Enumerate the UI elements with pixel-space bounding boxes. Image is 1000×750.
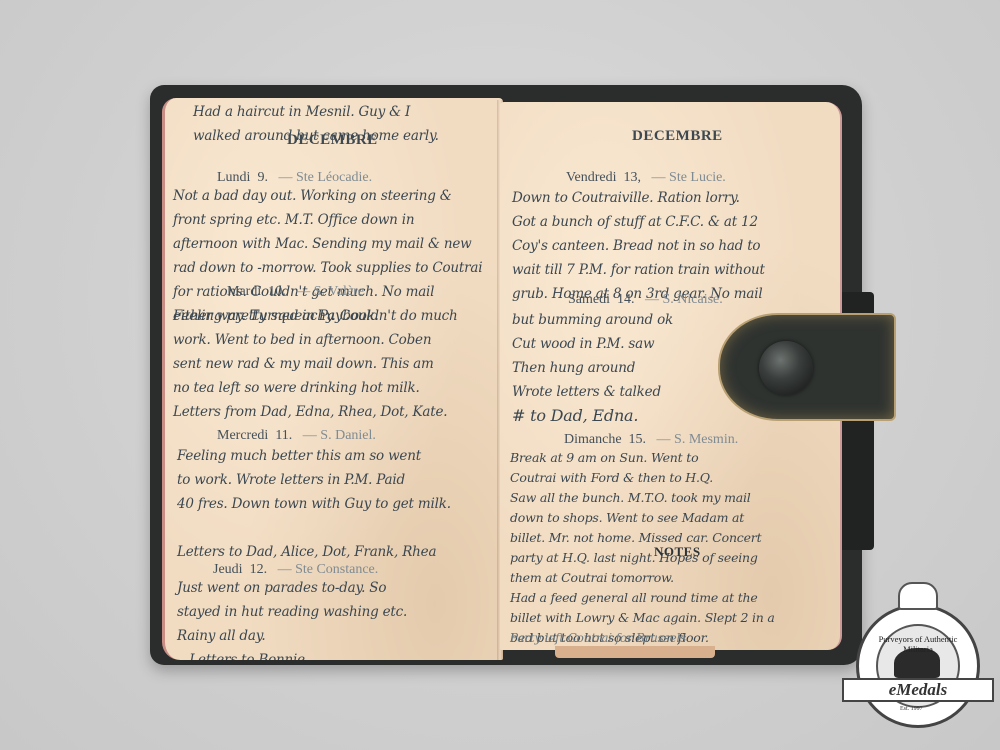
day-name: Lundi: [217, 170, 250, 185]
day-name: Mardi: [227, 284, 261, 299]
handwriting-line: no tea left so were drinking hot milk.: [173, 376, 493, 400]
day-name: Vendredi: [566, 170, 617, 185]
handwriting-line: 40 fres. Down town with Guy to get milk.: [177, 492, 497, 516]
saint-name: — Ste Léocadie.: [278, 170, 372, 185]
emedals-watermark: Purveyors of Authentic Militaria eMedals…: [848, 578, 988, 738]
day-heading: Vendredi 13, — Ste Lucie.: [566, 170, 726, 186]
handwriting-line: Down to Coutraiville. Ration lorry.: [512, 186, 832, 210]
handwriting-line: work. Went to bed in afternoon. Coben: [173, 328, 493, 352]
handwriting-line: Had a feed general all round time at the: [510, 588, 830, 608]
day-date: 10.: [268, 284, 286, 299]
handwriting-line: down to shops. Went to see Madam at: [510, 508, 830, 528]
snap-button-icon: [759, 341, 813, 395]
handwriting-line: afternoon with Mac. Sending my mail & ne…: [173, 232, 493, 256]
day-heading: Samedi 14. — S. Nicaise.: [568, 292, 723, 308]
handwriting-line: Rainy all day.: [177, 624, 497, 648]
handwriting-line: [177, 516, 497, 540]
saint-name: — S. Nicaise.: [645, 292, 723, 307]
handwriting-line: sent new rad & my mail down. This am: [173, 352, 493, 376]
saint-name: — S. Valère: [296, 284, 364, 299]
handwriting-line: Feeling much better this am so went: [177, 444, 497, 468]
day-name: Jeudi: [213, 562, 243, 577]
handwriting-line: billet with Lowry & Mac again. Slept 2 i…: [510, 608, 830, 628]
handwriting-line: Coutrai with Ford & then to H.Q.: [510, 468, 830, 488]
handwriting-line: wait till 7 P.M. for ration train withou…: [512, 258, 832, 282]
handwriting-line: Feeling pretty squeachy. Couldn't do muc…: [173, 304, 493, 328]
handwriting-line: to work. Wrote letters in P.M. Paid: [177, 468, 497, 492]
handwriting-line: stayed in hut reading washing etc.: [177, 600, 497, 624]
handwriting-line: Letters to Dad, Alice, Dot, Frank, Rhea: [177, 540, 497, 564]
day-heading: Mercredi 11. — S. Daniel.: [217, 428, 376, 444]
crown-icon: [898, 582, 938, 610]
handwriting-line: front spring etc. M.T. Office down in: [173, 208, 493, 232]
handwriting-line: Coy's canteen. Bread not in so had to: [512, 234, 832, 258]
handwriting-line: rad down to -morrow. Took supplies to Co…: [173, 256, 493, 280]
entry-text: Feeling pretty squeachy. Couldn't do muc…: [173, 304, 493, 424]
month-heading: DECEMBRE: [287, 132, 378, 149]
logo-ribbon: eMedals: [842, 678, 994, 702]
handwriting-line: Not a bad day out. Working on steering &: [173, 184, 493, 208]
handwriting-line: Letters to Bonnie .: [177, 648, 497, 660]
day-date: 11.: [275, 428, 292, 443]
handwriting-line: Saw all the bunch. M.T.O. took my mail: [510, 488, 830, 508]
notes-heading: NOTES: [654, 544, 701, 560]
handwriting-line: Letters from Dad, Edna, Rhea, Dot, Kate.: [173, 400, 493, 424]
day-date: 13,: [624, 170, 642, 185]
saint-name: — Ste Lucie.: [652, 170, 726, 185]
day-date: 14.: [617, 292, 635, 307]
logo-est: Est. 1997: [900, 706, 923, 712]
handwriting-line: Got a bunch of stuff at C.F.C. & at 12: [512, 210, 832, 234]
logo-tagline: Purveyors of Authentic Militaria: [868, 634, 968, 654]
saint-name: — Ste Constance.: [278, 562, 379, 577]
day-heading: Dimanche 15. — S. Mesmin.: [564, 432, 738, 448]
day-date: 9.: [257, 170, 268, 185]
logo-brand: eMedals: [889, 680, 948, 699]
day-heading: Mardi 10. — S. Valère: [227, 284, 364, 300]
handwriting-line: Break at 9 am on Sun. Went to: [510, 448, 830, 468]
day-name: Dimanche: [564, 432, 622, 447]
day-name: Mercredi: [217, 428, 268, 443]
left-page: Had a haircut in Mesnil. Guy & I walked …: [162, 98, 503, 660]
day-date: 12.: [250, 562, 268, 577]
handwriting-line: Had a haircut in Mesnil. Guy & I: [193, 100, 503, 124]
entry-text: Just went on parades to-day. So stayed i…: [177, 576, 497, 660]
handwriting-line: them at Coutrai tomorrow.: [510, 568, 830, 588]
bottom-note: Party left Coutrai for Brussels: [510, 630, 830, 646]
day-name: Samedi: [568, 292, 610, 307]
saint-name: — S. Mesmin.: [657, 432, 739, 447]
saint-name: — S. Daniel.: [303, 428, 376, 443]
month-heading: DECEMBRE: [632, 128, 723, 145]
entry-text: Down to Coutraiville. Ration lorry. Got …: [512, 186, 832, 306]
handwriting-line: Just went on parades to-day. So: [177, 576, 497, 600]
day-date: 15.: [629, 432, 647, 447]
entry-text: Feeling much better this am so went to w…: [177, 444, 497, 564]
page-tab-edge: [555, 646, 715, 658]
